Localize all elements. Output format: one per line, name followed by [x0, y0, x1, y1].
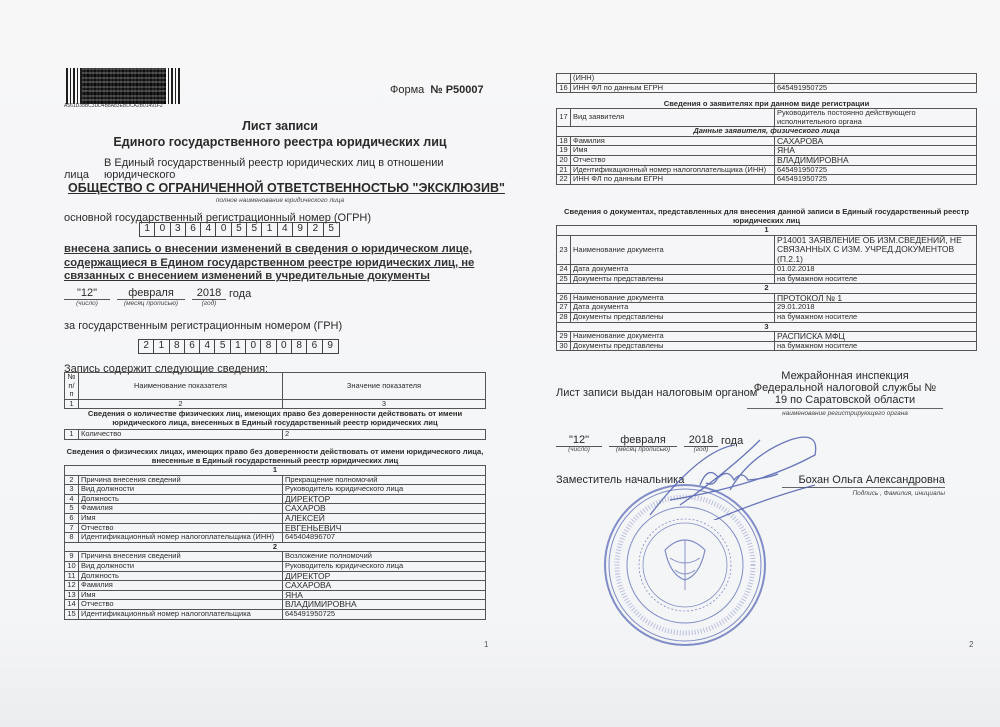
ogrn-digit: 1: [262, 223, 277, 236]
form-number-label: Форма: [390, 84, 424, 96]
ogrn-digit: 5: [324, 223, 339, 236]
row-num: 14: [65, 600, 79, 610]
ogrn-digit: 0: [216, 223, 231, 236]
row-value: РАСПИСКА МФЦ: [775, 332, 977, 342]
ogrn-digit: 9: [293, 223, 308, 236]
row-value: 645491950725: [283, 609, 486, 619]
table-row: 29Наименование документаРАСПИСКА МФЦ: [557, 332, 977, 342]
ogrn-digit: 5: [247, 223, 262, 236]
page-number: 2: [969, 640, 973, 649]
row-name: Документы представлены: [571, 341, 775, 351]
row-name: Фамилия: [79, 581, 283, 591]
date-month: февраля: [117, 287, 185, 300]
grn-digits: 2 1 8 6 4 5 1 0 8 0 8 6 9: [138, 339, 339, 354]
table-row: 20ОтчествоВЛАДИМИРОВНА: [557, 155, 977, 165]
ogrn-digit: 6: [186, 223, 201, 236]
date-month-caption: (месяц прописью): [117, 300, 185, 307]
row-num: 28: [557, 313, 571, 323]
row-name: Отчество: [79, 600, 283, 610]
date-day: "12": [64, 287, 110, 300]
date-year: 2018: [192, 287, 226, 300]
row-name: Фамилия: [571, 136, 775, 146]
row-num: 17: [557, 109, 571, 127]
row-num: 25: [557, 274, 571, 284]
ogrn-digit: 4: [201, 223, 216, 236]
group-number: 1: [65, 466, 486, 476]
issuer-name: Межрайонная инспекция Федеральной налого…: [747, 370, 943, 409]
signature-icon: [640, 430, 820, 520]
row-value: на бумажном носителе: [775, 274, 977, 284]
row-value: Возложение полномочий: [283, 552, 486, 562]
grn-digit: 0: [246, 340, 261, 353]
date-year-caption: (год): [192, 300, 226, 307]
applicants-table: 17Вид заявителяРуководитель постоянно де…: [556, 108, 977, 185]
table-row: 1 Количество 2: [65, 430, 486, 440]
grn-digit: 8: [292, 340, 307, 353]
grn-digit: 0: [277, 340, 292, 353]
table-row: (ИНН): [557, 74, 977, 84]
row-name: Вид заявителя: [571, 109, 775, 127]
inn-continuation-table: (ИНН) 16ИНН ФЛ по данным ЕГРН64549195072…: [556, 73, 977, 93]
table-row: 10Вид должностиРуководитель юридического…: [65, 561, 486, 571]
date-suffix: года: [229, 288, 251, 300]
organization-name-caption: полное наименование юридического лица: [60, 197, 500, 204]
table-index-row: 1 2 3: [65, 399, 486, 409]
row-num: 16: [557, 83, 571, 93]
table-row: 8Идентификационный номер налогоплательщи…: [65, 533, 486, 543]
row-num: 12: [65, 581, 79, 591]
applicant-subtitle: Данные заявителя, физического лица: [557, 127, 977, 137]
row-value: на бумажном носителе: [775, 313, 977, 323]
ogrn-digit: 2: [308, 223, 323, 236]
table-row: 14ОтчествоВЛАДИМИРОВНА: [65, 600, 486, 610]
row-name: ИНН ФЛ по данным ЕГРН: [571, 83, 775, 93]
row-value: ВЛАДИМИРОВНА: [283, 600, 486, 610]
form-number: Форма № Р50007: [390, 84, 484, 96]
grn-digit: 5: [215, 340, 230, 353]
row-num: 8: [65, 533, 79, 543]
row-name: Вид должности: [79, 485, 283, 495]
ogrn-digit: 1: [140, 223, 155, 236]
row-num: 1: [65, 430, 79, 440]
intro-text-cont: лица: [64, 169, 89, 181]
row-num: 22: [557, 175, 571, 185]
grn-digit: 4: [200, 340, 215, 353]
row-name: Дата документа: [571, 265, 775, 275]
table-row: 13ИмяЯНА: [65, 590, 486, 600]
table-row: 3Вид должностиРуководитель юридического …: [65, 485, 486, 495]
table-row: 6ИмяАЛЕКСЕЙ: [65, 513, 486, 523]
section-title-applicants: Сведения о заявителях при данном виде ре…: [556, 99, 977, 108]
row-num: 29: [557, 332, 571, 342]
section-title-persons: Сведения о физических лицах, имеющих пра…: [64, 447, 486, 465]
row-num: 15: [65, 609, 79, 619]
table-row: 18ФамилияСАХАРОВА: [557, 136, 977, 146]
record-date-captions: (число) (месяц прописью) (год): [64, 300, 233, 307]
group-number: 2: [557, 284, 977, 294]
organization-name: ОБЩЕСТВО С ОГРАНИЧЕННОЙ ОТВЕТСТВЕННОСТЬЮ…: [68, 181, 505, 195]
row-value: Руководитель юридического лица: [283, 485, 486, 495]
section-title-documents: Сведения о документах, представленных дл…: [556, 207, 977, 225]
grn-digit: 8: [170, 340, 185, 353]
row-value: на бумажном носителе: [775, 341, 977, 351]
row-num: 30: [557, 341, 571, 351]
issuer-caption: наименование регистрирующего органа: [747, 410, 943, 417]
row-name: Наименование документа: [571, 332, 775, 342]
issued-by-label: Лист записи выдан налоговым органом: [556, 387, 757, 399]
group-row: 1: [65, 466, 486, 476]
grn-digit: 8: [261, 340, 276, 353]
persons-table: 1 2Причина внесения сведенийПрекращение …: [64, 465, 486, 620]
row-value: ВЛАДИМИРОВНА: [775, 155, 977, 165]
table-cell: 1: [65, 399, 79, 409]
row-value: 645404896707: [283, 533, 486, 543]
row-name: Фамилия: [79, 504, 283, 514]
table-row: 4ДолжностьДИРЕКТОР: [65, 494, 486, 504]
grn-digit: 1: [231, 340, 246, 353]
row-name: Количество: [79, 430, 283, 440]
row-num: 9: [65, 552, 79, 562]
row-name: Причина внесения сведений: [79, 552, 283, 562]
grn-digit: 9: [323, 340, 338, 353]
group-number: 1: [557, 226, 977, 236]
row-name: Наименование документа: [571, 235, 775, 265]
row-value: САХАРОВА: [775, 136, 977, 146]
row-value: САХАРОВА: [283, 581, 486, 591]
barcode-text: A561D38BC3DD4B8A83EBDCA2B01491F2: [64, 103, 163, 109]
group-row: 2: [557, 284, 977, 294]
row-name: Имя: [79, 513, 283, 523]
count-table: 1 Количество 2: [64, 429, 486, 440]
subtitle-row: Данные заявителя, физического лица: [557, 127, 977, 137]
row-name: Документы представлены: [571, 274, 775, 284]
intro-text: В Единый государственный реестр юридичес…: [104, 157, 504, 181]
row-num: 20: [557, 155, 571, 165]
documents-table: 1 23Наименование документаР14001 ЗАЯВЛЕН…: [556, 225, 977, 351]
grn-digit: 6: [307, 340, 322, 353]
grn-digit: 2: [139, 340, 154, 353]
row-num: [557, 74, 571, 84]
date-day-caption: (число): [556, 446, 602, 453]
table-row: 19ИмяЯНА: [557, 146, 977, 156]
section-title-count: Сведения о количестве физических лиц, им…: [64, 409, 486, 427]
row-name: Идентификационный номер налогоплательщик…: [79, 533, 283, 543]
table-row: 15Идентификационный номер налогоплательщ…: [65, 609, 486, 619]
row-num: 3: [65, 485, 79, 495]
row-num: 10: [65, 561, 79, 571]
ogrn-digit: 3: [171, 223, 186, 236]
table-row: 28Документы представленына бумажном носи…: [557, 313, 977, 323]
col-num-header: № п/п: [65, 373, 79, 400]
header-table: № п/п Наименование показателя Значение п…: [64, 372, 486, 409]
table-row: 22ИНН ФЛ по данным ЕГРН645491950725: [557, 175, 977, 185]
row-name: Идентификационный номер налогоплательщик…: [79, 609, 283, 619]
record-date: "12" февраля 2018 года: [64, 287, 251, 300]
document-title: Лист записи: [60, 119, 500, 133]
row-name: Отчество: [571, 155, 775, 165]
row-name: ИНН ФЛ по данным ЕГРН: [571, 175, 775, 185]
grn-label: за государственным регистрационным номер…: [64, 320, 342, 332]
table-row: 17Вид заявителяРуководитель постоянно де…: [557, 109, 977, 127]
row-value: Р14001 ЗАЯВЛЕНИЕ ОБ ИЗМ.СВЕДЕНИЙ, НЕ СВЯ…: [775, 235, 977, 265]
group-row: 1: [557, 226, 977, 236]
col-value-header: Значение показателя: [283, 373, 486, 400]
col-name-header: Наименование показателя: [79, 373, 283, 400]
row-num: 24: [557, 265, 571, 275]
row-value: Руководитель юридического лица: [283, 561, 486, 571]
row-name: Вид должности: [79, 561, 283, 571]
ogrn-digits: 1 0 3 6 4 0 5 5 1 4 9 2 5: [139, 222, 340, 237]
grn-digit: 6: [185, 340, 200, 353]
row-value: АЛЕКСЕЙ: [283, 513, 486, 523]
row-num: 23: [557, 235, 571, 265]
document-subtitle: Единого государственного реестра юридиче…: [60, 135, 500, 149]
row-value: [775, 74, 977, 84]
ogrn-digit: 5: [232, 223, 247, 236]
row-value: 2: [283, 430, 486, 440]
table-row: 11ДолжностьДИРЕКТОР: [65, 571, 486, 581]
page-number: 1: [484, 640, 488, 649]
table-row: 23Наименование документаР14001 ЗАЯВЛЕНИЕ…: [557, 235, 977, 265]
table-row: 5ФамилияСАХАРОВ: [65, 504, 486, 514]
scanned-document: A561D38BC3DD4B8A83EBDCA2B01491F2 Форма №…: [0, 0, 1000, 727]
date-day-caption: (число): [64, 300, 110, 307]
ogrn-digit: 0: [155, 223, 170, 236]
record-description: внесена запись о внесении изменений в св…: [64, 243, 484, 284]
table-row: 9Причина внесения сведенийВозложение пол…: [65, 552, 486, 562]
row-num: 6: [65, 513, 79, 523]
table-row: 12ФамилияСАХАРОВА: [65, 581, 486, 591]
row-name: Документы представлены: [571, 313, 775, 323]
table-row: 16ИНН ФЛ по данным ЕГРН645491950725: [557, 83, 977, 93]
row-name: (ИНН): [571, 74, 775, 84]
row-value: 01.02.2018: [775, 265, 977, 275]
table-cell: 2: [79, 399, 283, 409]
row-value: 645491950725: [775, 83, 977, 93]
form-number-value: № Р50007: [430, 84, 483, 96]
row-value: Руководитель постоянно действующего испо…: [775, 109, 977, 127]
grn-digit: 1: [154, 340, 169, 353]
table-cell: 3: [283, 399, 486, 409]
ogrn-digit: 4: [278, 223, 293, 236]
table-header-row: № п/п Наименование показателя Значение п…: [65, 373, 486, 400]
row-value: 645491950725: [775, 175, 977, 185]
barcode-icon: [66, 68, 182, 104]
table-row: 30Документы представленына бумажном носи…: [557, 341, 977, 351]
table-row: 24Дата документа01.02.2018: [557, 265, 977, 275]
